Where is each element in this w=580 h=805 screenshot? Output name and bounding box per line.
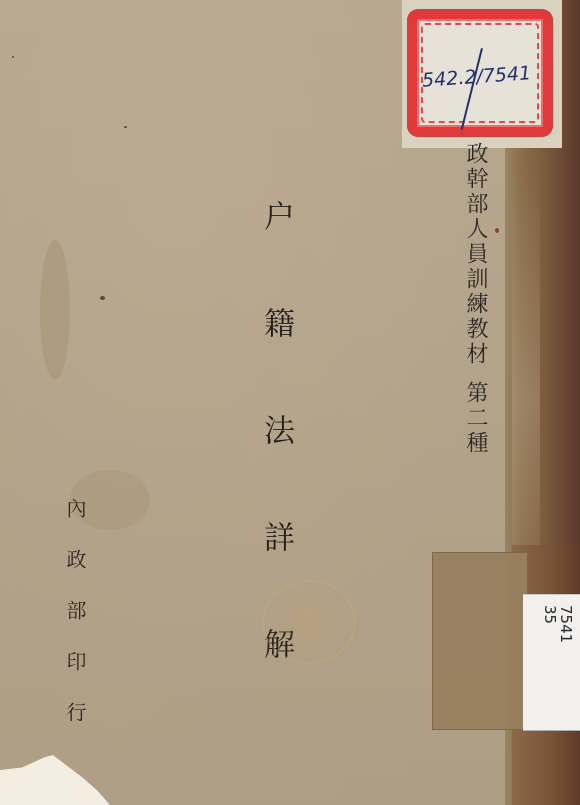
paper-speck [100,296,105,300]
shelf-label-text: 7541 35 [503,605,573,655]
shelf-label-line2: 35 [542,605,558,655]
paper-speck [12,56,14,58]
paper-stain [40,240,70,380]
publisher: 內政部印行 [65,498,85,753]
torn-corner [0,755,110,805]
paper-speck [124,126,127,128]
series-title: 政幹部人員訓練教材第二種 [464,142,486,456]
paper-speck [495,228,499,233]
shelf-label-line1: 7541 [557,605,573,655]
series-volume: 第二種 [463,381,488,456]
series-main: 政幹部人員訓練教材 [463,142,488,367]
faded-seal-stamp [262,580,356,664]
book-cover: 542.2/7541 政幹部人員訓練教材第二種 户籍法詳解 內政部印行 7541… [0,0,580,805]
